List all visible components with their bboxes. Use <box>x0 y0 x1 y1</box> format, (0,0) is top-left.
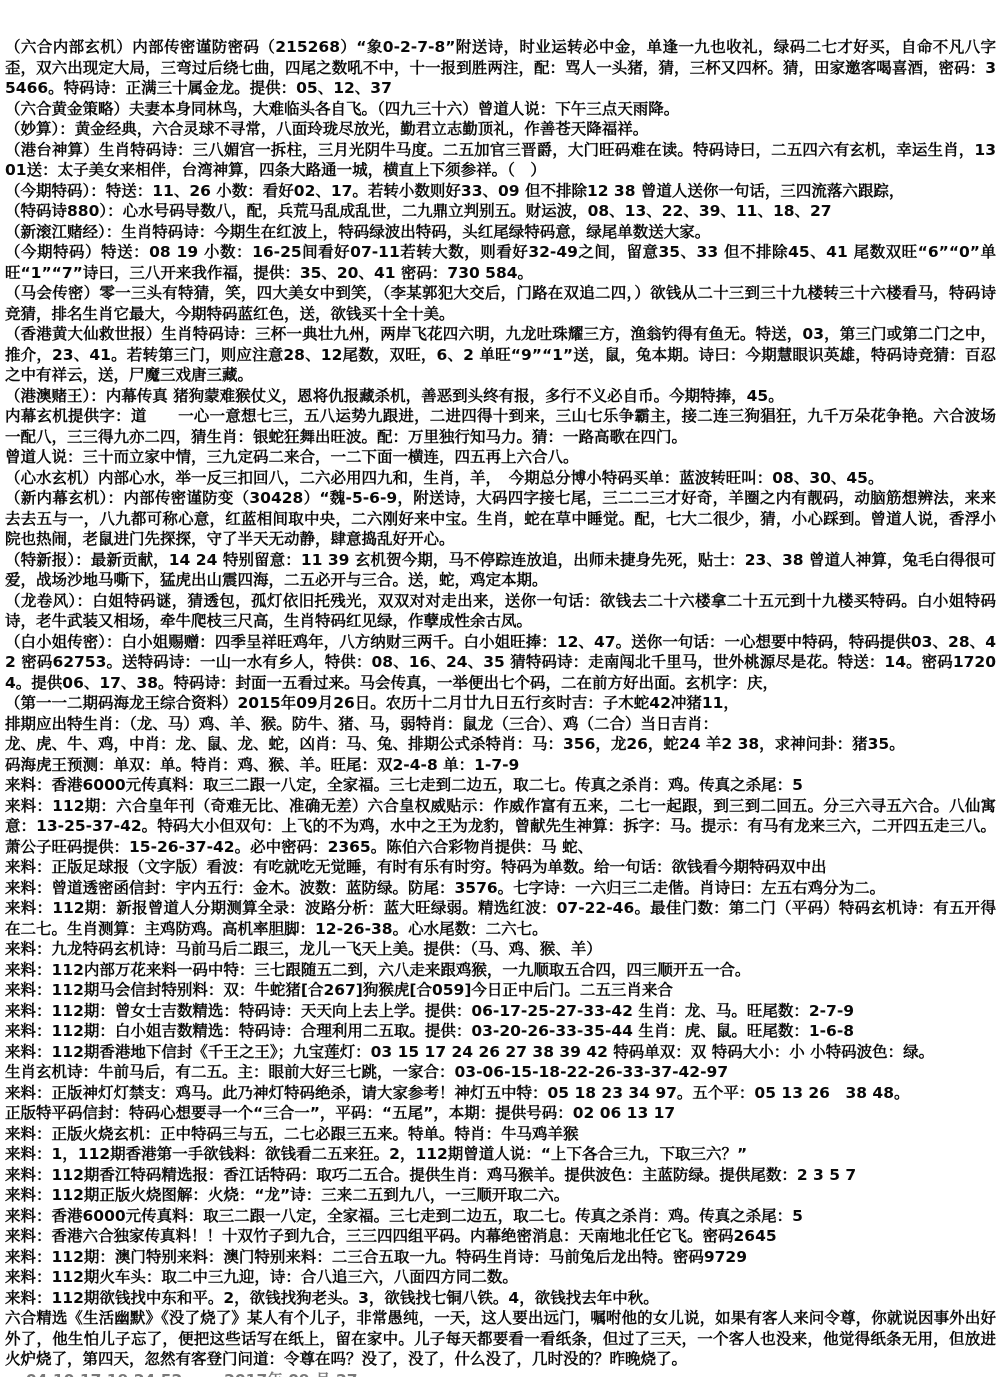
text-paragraph: 来料：香港六合独家传真料！！十双竹子到九合，三三四四组平码。内幕绝密消息：天南地… <box>5 1226 996 1247</box>
document-page: （六合内部玄机）内部传密谨防密码（215268）“象0-2-7-8”附送诗，时业… <box>0 0 1000 1388</box>
text-paragraph: （新滚江赌经）：生肖特码诗：今期生在红波上，特码绿波出特码，头红尾绿特码意，绿尾… <box>5 222 996 243</box>
text-paragraph: 内幕玄机提供字：道 一心一意想七三，五八运势九跟进，二进四得十到来，三山七乐争霸… <box>5 406 996 447</box>
text-paragraph: （六合黄金策略）夫妻本身同林鸟，大难临头各自飞。（四九三十六）曾道人说：下午三点… <box>5 99 996 120</box>
text-paragraph: 龙、虎、牛、鸡，中肖：龙、鼠、龙、蛇，凶肖：马、兔、排期公式杀特肖：马：356，… <box>5 734 996 755</box>
text-paragraph: 码海虎王预测：单双：单。特肖：鸡、猴、羊。旺尾：双2-4-8 单：1-7-9 <box>5 755 996 776</box>
text-paragraph: 来料：香港6000元传真料：取三二跟一八定，全家福。三七走到二边五，取二七。传真… <box>5 1206 996 1227</box>
text-paragraph: 来料：112内部万花来料一码中特：三七跟随五二到，六八走来跟鸡猴，一九顺取五合四… <box>5 960 996 981</box>
text-paragraph: 正版特平码信封：特码心想要寻一个“三合一”，平码：“五尾”，本期：提供号码：02… <box>5 1103 996 1124</box>
text-paragraph: （新内幕玄机）：内部传密谨防变（30428）“魏-5-6-9，附送诗，大码四字接… <box>5 488 996 550</box>
text-paragraph: （今期特码）特送：08 19 小数：16-25间看好07-11若转大数，则看好3… <box>5 242 996 283</box>
text-paragraph: 来料：112期马会信封特别料：双：牛蛇猪[合267]狗猴虎[合059]今日正中后… <box>5 980 996 1001</box>
text-paragraph: （特码诗880）：心水号码导数八，配，兵荒马乱成乱世，二九鼎立判别五。财运波，0… <box>5 201 996 222</box>
text-paragraph: 来料：112期：六合皇年刊（奇难无比、准确无差）六合皇权威贴示：作威作富有五来，… <box>5 796 996 858</box>
text-paragraph: （马会传密）零一三头有特猜，笑，四大美女中到笑，（李某郭犯大交后，门路在双追二四… <box>5 283 996 324</box>
text-paragraph: 来料：曾道透密函信封：宇内五行：金木。波数：蓝防绿。防尾：3576。七字诗：一六… <box>5 878 996 899</box>
text-paragraph: （港台神算）生肖特码诗：三八媚宫一拆柱，三月光阴牛马度。二五加官三晋爵，大门旺码… <box>5 140 996 181</box>
text-paragraph: 曾道人说：三十而立家中情，三九定码二来合，一二下面一横连，四五再上六合八。 <box>5 447 996 468</box>
text-paragraph: （龙卷风）：白姐特码谜，猜透包，孤灯依旧托残光，双双对对走出来，送你一句话：欲钱… <box>5 591 996 632</box>
text-paragraph: 来料：112期香港地下信封《千王之王》；九宝莲灯：03 15 17 24 26 … <box>5 1042 996 1063</box>
text-paragraph: （今期特码）：特送：11、26 小数：看好02、17。若转小数则好33、09 但… <box>5 181 996 202</box>
text-paragraph: 来料：正版神灯灯禁支：鸡马。此乃神灯特码绝杀，请大家参考！神灯五中特：05 18… <box>5 1083 996 1104</box>
text-paragraph: 来料：正版火烧玄机：正中特码三与五，二七必跟三五来。特单。特肖：牛马鸡羊猴 <box>5 1124 996 1145</box>
text-paragraph: 来料：112期香江特码精选报：香江话特码：取巧二五合。提供生肖：鸡马猴羊。提供波… <box>5 1165 996 1186</box>
text-paragraph: 排期应出特生肖：（龙、马）鸡、羊、猴。防牛、猪、马，弱特肖：鼠龙（三合）、鸡（二… <box>5 714 996 735</box>
clipped-bottom-line: ⋯ 04 10 17 19 24 52 ⋯⋯ 2017年 09 月 27 ⋯ <box>5 1370 996 1377</box>
text-paragraph: 来料：112期：澳门特别来料：澳门特别来料：二三合五取一九。特码生肖诗：马前兔后… <box>5 1247 996 1268</box>
text-paragraph: （港澳赌王）：内幕传真 猪狗蒙难猴仗义，恩将仇报藏杀机，善恶到头终有报，多行不义… <box>5 386 996 407</box>
text-paragraph: （六合内部玄机）内部传密谨防密码（215268）“象0-2-7-8”附送诗，时业… <box>5 37 996 99</box>
text-paragraph: 来料：1，112期香港第一手欲钱料：欲钱看二五来狂。2，112期曾道人说：“上下… <box>5 1144 996 1165</box>
paragraph-list: （六合内部玄机）内部传密谨防密码（215268）“象0-2-7-8”附送诗，时业… <box>5 37 996 1377</box>
text-paragraph: 来料：112期：白小姐吉数精选：特码诗：合理利用二五取。提供：03-20-26-… <box>5 1021 996 1042</box>
text-paragraph: 来料：正版足球报（文字版）看波：有吃就吃无觉睡，有时有乐有时穷。特码为单数。给一… <box>5 857 996 878</box>
text-paragraph: （香港黄大仙救世报）生肖特码诗：三杯一典壮九州，两岸飞花四六明，九龙吐珠耀三方，… <box>5 324 996 386</box>
text-paragraph: 生肖玄机诗：牛前马后，有二五。主：眼前大好三七跳，一家合：03-06-15-18… <box>5 1062 996 1083</box>
text-paragraph: （白小姐传密）：白小姐赐赠：四季呈祥旺鸡年，八方纳财三两千。白小姐旺捧：12、4… <box>5 632 996 694</box>
text-paragraph: 来料：112期欲钱找中东和平。2，欲钱找狗老头。3，欲钱找七铜八铁。4，欲钱找去… <box>5 1288 996 1309</box>
text-paragraph: 来料：112期正版火烧图解：火烧：“龙”诗：三来二五到九八，一三顺开取二六。 <box>5 1185 996 1206</box>
text-paragraph: 来料：112期火车头：取二中三九迎，诗：合八追三六，八面四方同二数。 <box>5 1267 996 1288</box>
text-paragraph: 来料：112期：曾女士吉数精选：特码诗：天天向上去上学。提供：06-17-25-… <box>5 1001 996 1022</box>
text-paragraph: （心水玄机）内部心水，举一反三扣回八，二六必用四九和，生肖，羊， 今期总分博小特… <box>5 468 996 489</box>
text-paragraph: 来料：九龙特码玄机诗：马前马后二跟三，龙儿一飞天上美。提供：（马、鸡、猴、羊） <box>5 939 996 960</box>
text-paragraph: 来料：112期：新报曾道人分期测算全录：波路分析：蓝大旺绿弱。精选红波：07-2… <box>5 898 996 939</box>
text-paragraph: （妙算）：黄金经典，六合灵球不寻常，八面玲珑尽放光，勤君立志勤顶礼，作善苍天降福… <box>5 119 996 140</box>
text-paragraph: 六合精选《生活幽默》《没了烧了》某人有个儿子，非常愚纯，一天，这人要出远门，嘱咐… <box>5 1308 996 1370</box>
text-paragraph: （特新报）：最新贡献，14 24 特别留意：11 39 玄机贺今期，马不停踪连放… <box>5 550 996 591</box>
text-paragraph: （第一一二期码海龙王综合资料）2015年09月26日。农历十二月廿九日五行亥时吉… <box>5 693 996 714</box>
text-paragraph: 来料：香港6000元传真料：取三二跟一八定，全家福。三七走到二边五，取二七。传真… <box>5 775 996 796</box>
